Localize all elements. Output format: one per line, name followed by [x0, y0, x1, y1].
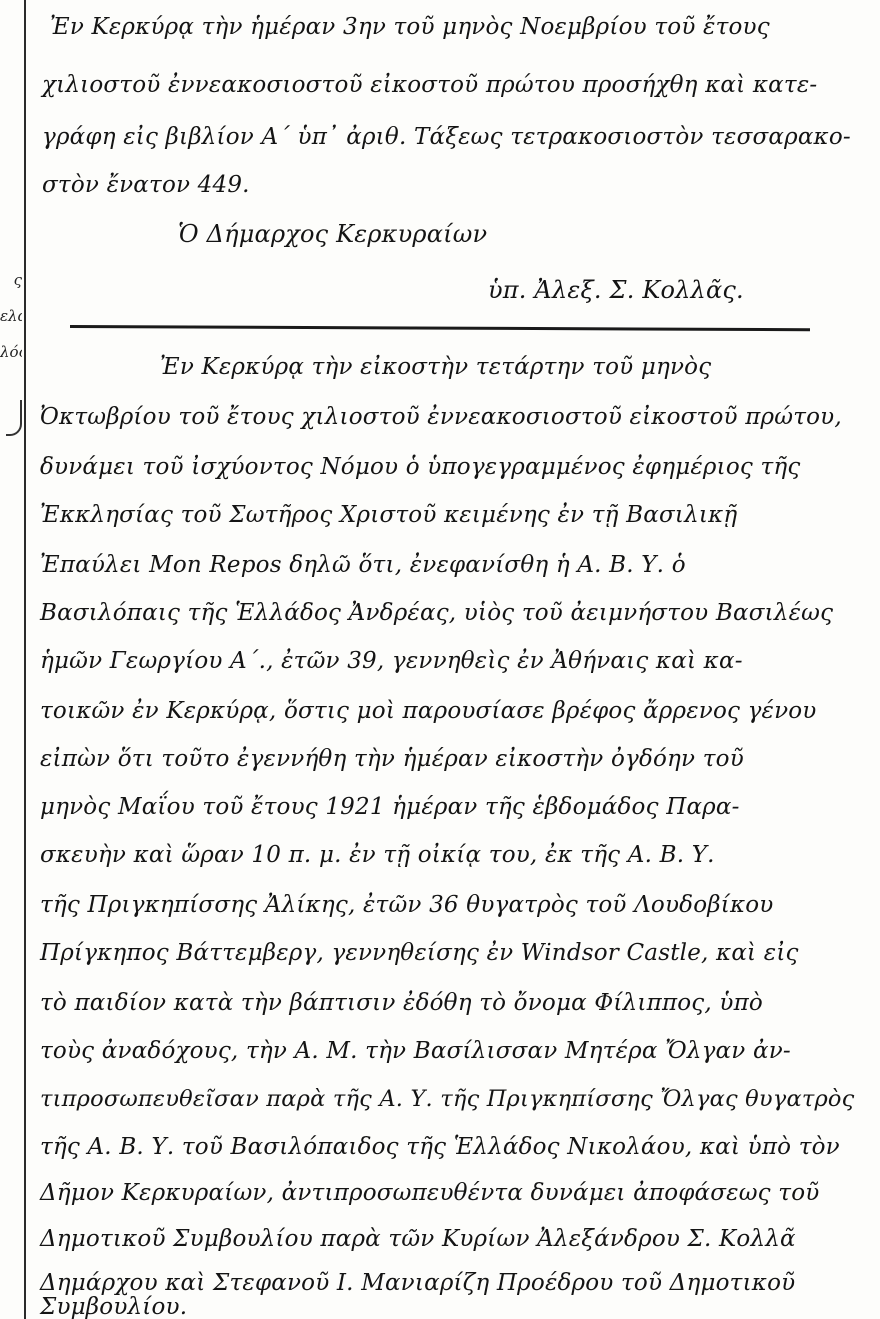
entry-2-line: εἰπὼν ὅτι τοῦτο ἐγεννήθη τὴν ἡμέραν εἰκο…: [40, 746, 744, 772]
entry-2-line: Δημάρχου καὶ Στεφανοῦ Ι. Μανιαρίζη Προέδ…: [40, 1270, 795, 1296]
entry-2-line: Βασιλόπαις τῆς Ἑλλάδος Ἀνδρέας, υἱὸς τοῦ…: [40, 600, 833, 626]
entry-2-line: Συμβουλίου.: [40, 1294, 187, 1319]
margin-note: ελά: [0, 298, 22, 334]
margin-rule: [24, 0, 26, 1319]
entry-2-line: Δῆμον Κερκυραίων, ἀντιπροσωπευθέντα δυνά…: [40, 1180, 819, 1206]
entry-2-line: τοὺς ἀναδόχους, τὴν Α. Μ. τὴν Βασίλισσαν…: [40, 1038, 791, 1064]
entry-2-line: Ἐκκλησίας τοῦ Σωτῆρος Χριστοῦ κειμένης ἐ…: [40, 502, 737, 528]
signature-title: Ὁ Δήμαρχος Κερκυραίων: [178, 220, 487, 248]
entry-2-line: τῆς Πριγκηπίσσης Ἀλίκης, ἐτῶν 36 θυγατρὸ…: [40, 892, 774, 918]
entry-2-line: Δημοτικοῦ Συμβουλίου παρὰ τῶν Κυρίων Ἀλε…: [40, 1226, 796, 1252]
section-divider: [70, 325, 810, 331]
document-page: ς ελά λός Ἐν Κερκύρᾳ τὴν ἡμέραν 3ην τοῦ …: [0, 0, 880, 1319]
entry-2-line: Ἐπαύλει Mon Repos δηλῶ ὅτι, ἐνεφανίσθη ἡ…: [40, 552, 686, 578]
entry-2-line: Ἐν Κερκύρᾳ τὴν εἰκοστὴν τετάρτην τοῦ μην…: [160, 354, 711, 380]
entry-1-line: χιλιοστοῦ ἐννεακοσιοστοῦ εἰκοστοῦ πρώτου…: [42, 72, 817, 98]
entry-2-line: τοικῶν ἐν Κερκύρᾳ, ὅστις μοὶ παρουσίασε …: [40, 698, 817, 724]
entry-2-line: δυνάμει τοῦ ἰσχύοντος Νόμου ὁ ὑπογεγραμμ…: [40, 454, 800, 480]
entry-2-line: ἡμῶν Γεωργίου Α΄., ἐτῶν 39, γεννηθεὶς ἐν…: [40, 648, 743, 674]
entry-2-line: μηνὸς Μαΐου τοῦ ἔτους 1921 ἡμέραν τῆς ἑβ…: [40, 794, 740, 820]
entry-2-line: τῆς Α. Β. Υ. τοῦ Βασιλόπαιδος τῆς Ἑλλάδο…: [40, 1134, 840, 1160]
margin-note: λός: [0, 334, 22, 370]
entry-2-line: τὸ παιδίον κατὰ τὴν βάπτισιν ἐδόθη τὸ ὄν…: [40, 990, 763, 1016]
margin-bracket: [6, 400, 22, 436]
margin-notes: ς ελά λός: [0, 262, 22, 370]
entry-2-line: Πρίγκηπος Βάττεμβεργ, γεννηθείσης ἐν Win…: [40, 940, 799, 966]
entry-1-line: γράφη εἰς βιβλίον Α΄ ὑπ᾽ ἀριθ. Τάξεως τε…: [42, 124, 851, 150]
signature-name: ὑπ. Ἀλεξ. Σ. Κολλᾶς.: [488, 276, 744, 304]
margin-note: ς: [0, 262, 22, 298]
entry-2-line: Ὀκτωβρίου τοῦ ἔτους χιλιοστοῦ ἐννεακοσιο…: [40, 404, 842, 430]
entry-1-line: στὸν ἔνατον 449.: [42, 172, 250, 198]
entry-2-line: σκευὴν καὶ ὥραν 10 π. μ. ἐν τῇ οἰκίᾳ του…: [40, 842, 715, 868]
entry-2-line: τιπροσωπευθεῖσαν παρὰ τῆς Α. Υ. τῆς Πριγ…: [40, 1086, 854, 1112]
entry-1-line: Ἐν Κερκύρᾳ τὴν ἡμέραν 3ην τοῦ μηνὸς Νοεμ…: [50, 14, 770, 40]
